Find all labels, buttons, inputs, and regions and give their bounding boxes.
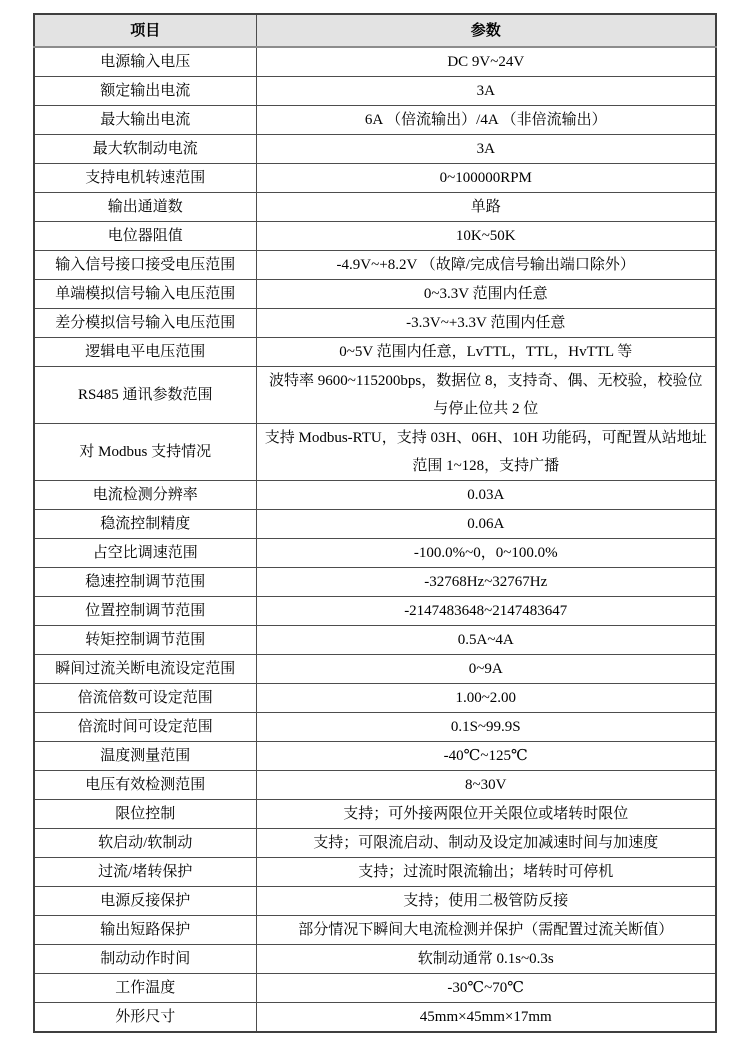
item-cell: 过流/堵转保护 — [34, 858, 256, 887]
table-row: 外形尺寸45mm×45mm×17mm — [34, 1003, 716, 1033]
param-cell: -4.9V~+8.2V （故障/完成信号输出端口除外） — [256, 251, 716, 280]
param-cell: 0.06A — [256, 510, 716, 539]
param-cell: DC 9V~24V — [256, 47, 716, 77]
table-row: 对 Modbus 支持情况支持 Modbus-RTU，支持 03H、06H、10… — [34, 424, 716, 481]
item-cell: 电流检测分辨率 — [34, 481, 256, 510]
param-cell: 10K~50K — [256, 222, 716, 251]
item-cell: 输入信号接口接受电压范围 — [34, 251, 256, 280]
param-cell: -40℃~125℃ — [256, 742, 716, 771]
table-row: 位置控制调节范围-2147483648~2147483647 — [34, 597, 716, 626]
header-cell-param: 参数 — [256, 14, 716, 47]
table-row: 制动动作时间软制动通常 0.1s~0.3s — [34, 945, 716, 974]
table-row: 输入信号接口接受电压范围-4.9V~+8.2V （故障/完成信号输出端口除外） — [34, 251, 716, 280]
param-cell: 0~3.3V 范围内任意 — [256, 280, 716, 309]
table-row: 瞬间过流关断电流设定范围0~9A — [34, 655, 716, 684]
item-cell: 最大输出电流 — [34, 106, 256, 135]
item-cell: 瞬间过流关断电流设定范围 — [34, 655, 256, 684]
param-cell: 3A — [256, 135, 716, 164]
table-row: 电压有效检测范围8~30V — [34, 771, 716, 800]
item-cell: 单端模拟信号输入电压范围 — [34, 280, 256, 309]
table-row: 温度测量范围-40℃~125℃ — [34, 742, 716, 771]
param-cell: 0~100000RPM — [256, 164, 716, 193]
param-cell: -30℃~70℃ — [256, 974, 716, 1003]
param-cell: 6A （倍流输出）/4A （非倍流输出） — [256, 106, 716, 135]
item-cell: 稳速控制调节范围 — [34, 568, 256, 597]
table-row: 电源反接保护支持；使用二极管防反接 — [34, 887, 716, 916]
param-cell: 0.1S~99.9S — [256, 713, 716, 742]
table-row: 转矩控制调节范围0.5A~4A — [34, 626, 716, 655]
param-cell: 0~5V 范围内任意，LvTTL，TTL，HvTTL 等 — [256, 338, 716, 367]
item-cell: 位置控制调节范围 — [34, 597, 256, 626]
item-cell: 电源反接保护 — [34, 887, 256, 916]
item-cell: 倍流倍数可设定范围 — [34, 684, 256, 713]
table-row: 过流/堵转保护支持；过流时限流输出；堵转时可停机 — [34, 858, 716, 887]
item-cell: 转矩控制调节范围 — [34, 626, 256, 655]
item-cell: RS485 通讯参数范围 — [34, 367, 256, 424]
table-row: 电位器阻值10K~50K — [34, 222, 716, 251]
table-row: 最大输出电流6A （倍流输出）/4A （非倍流输出） — [34, 106, 716, 135]
item-cell: 支持电机转速范围 — [34, 164, 256, 193]
item-cell: 软启动/软制动 — [34, 829, 256, 858]
table-row: 工作温度-30℃~70℃ — [34, 974, 716, 1003]
param-cell: 1.00~2.00 — [256, 684, 716, 713]
table-row: 稳流控制精度0.06A — [34, 510, 716, 539]
spec-table-body: 电源输入电压DC 9V~24V额定输出电流3A最大输出电流6A （倍流输出）/4… — [34, 47, 716, 1032]
param-cell: 45mm×45mm×17mm — [256, 1003, 716, 1033]
item-cell: 额定输出电流 — [34, 77, 256, 106]
table-row: 限位控制支持；可外接两限位开关限位或堵转时限位 — [34, 800, 716, 829]
table-row: 软启动/软制动支持；可限流启动、制动及设定加减速时间与加速度 — [34, 829, 716, 858]
param-cell: 波特率 9600~115200bps，数据位 8，支持奇、偶、无校验，校验位与停… — [256, 367, 716, 424]
param-cell: 支持；使用二极管防反接 — [256, 887, 716, 916]
table-row: 输出通道数单路 — [34, 193, 716, 222]
item-cell: 差分模拟信号输入电压范围 — [34, 309, 256, 338]
item-cell: 倍流时间可设定范围 — [34, 713, 256, 742]
item-cell: 对 Modbus 支持情况 — [34, 424, 256, 481]
param-cell: 3A — [256, 77, 716, 106]
table-row: 差分模拟信号输入电压范围-3.3V~+3.3V 范围内任意 — [34, 309, 716, 338]
item-cell: 电压有效检测范围 — [34, 771, 256, 800]
item-cell: 电源输入电压 — [34, 47, 256, 77]
item-cell: 输出短路保护 — [34, 916, 256, 945]
header-row: 项目 参数 — [34, 14, 716, 47]
param-cell: 0~9A — [256, 655, 716, 684]
param-cell: -2147483648~2147483647 — [256, 597, 716, 626]
param-cell: 软制动通常 0.1s~0.3s — [256, 945, 716, 974]
item-cell: 电位器阻值 — [34, 222, 256, 251]
item-cell: 稳流控制精度 — [34, 510, 256, 539]
param-cell: -3.3V~+3.3V 范围内任意 — [256, 309, 716, 338]
param-cell: 部分情况下瞬间大电流检测并保护（需配置过流关断值） — [256, 916, 716, 945]
param-cell: -32768Hz~32767Hz — [256, 568, 716, 597]
document-page: 项目 参数 电源输入电压DC 9V~24V额定输出电流3A最大输出电流6A （倍… — [0, 0, 750, 1047]
table-row: 最大软制动电流3A — [34, 135, 716, 164]
param-cell: 8~30V — [256, 771, 716, 800]
item-cell: 限位控制 — [34, 800, 256, 829]
table-row: 单端模拟信号输入电压范围0~3.3V 范围内任意 — [34, 280, 716, 309]
item-cell: 工作温度 — [34, 974, 256, 1003]
param-cell: -100.0%~0，0~100.0% — [256, 539, 716, 568]
param-cell: 支持 Modbus-RTU，支持 03H、06H、10H 功能码，可配置从站地址… — [256, 424, 716, 481]
param-cell: 0.03A — [256, 481, 716, 510]
table-row: RS485 通讯参数范围波特率 9600~115200bps，数据位 8，支持奇… — [34, 367, 716, 424]
table-row: 占空比调速范围-100.0%~0，0~100.0% — [34, 539, 716, 568]
header-cell-item: 项目 — [34, 14, 256, 47]
table-row: 支持电机转速范围0~100000RPM — [34, 164, 716, 193]
param-cell: 0.5A~4A — [256, 626, 716, 655]
table-row: 倍流倍数可设定范围1.00~2.00 — [34, 684, 716, 713]
param-cell: 支持；可限流启动、制动及设定加减速时间与加速度 — [256, 829, 716, 858]
item-cell: 占空比调速范围 — [34, 539, 256, 568]
item-cell: 制动动作时间 — [34, 945, 256, 974]
spec-table: 项目 参数 电源输入电压DC 9V~24V额定输出电流3A最大输出电流6A （倍… — [33, 13, 717, 1033]
table-row: 稳速控制调节范围-32768Hz~32767Hz — [34, 568, 716, 597]
item-cell: 逻辑电平电压范围 — [34, 338, 256, 367]
param-cell: 支持；过流时限流输出；堵转时可停机 — [256, 858, 716, 887]
param-cell: 支持；可外接两限位开关限位或堵转时限位 — [256, 800, 716, 829]
item-cell: 最大软制动电流 — [34, 135, 256, 164]
item-cell: 输出通道数 — [34, 193, 256, 222]
table-row: 电源输入电压DC 9V~24V — [34, 47, 716, 77]
item-cell: 温度测量范围 — [34, 742, 256, 771]
table-row: 输出短路保护部分情况下瞬间大电流检测并保护（需配置过流关断值） — [34, 916, 716, 945]
table-row: 额定输出电流3A — [34, 77, 716, 106]
param-cell: 单路 — [256, 193, 716, 222]
table-row: 倍流时间可设定范围0.1S~99.9S — [34, 713, 716, 742]
table-row: 电流检测分辨率0.03A — [34, 481, 716, 510]
item-cell: 外形尺寸 — [34, 1003, 256, 1033]
table-row: 逻辑电平电压范围0~5V 范围内任意，LvTTL，TTL，HvTTL 等 — [34, 338, 716, 367]
